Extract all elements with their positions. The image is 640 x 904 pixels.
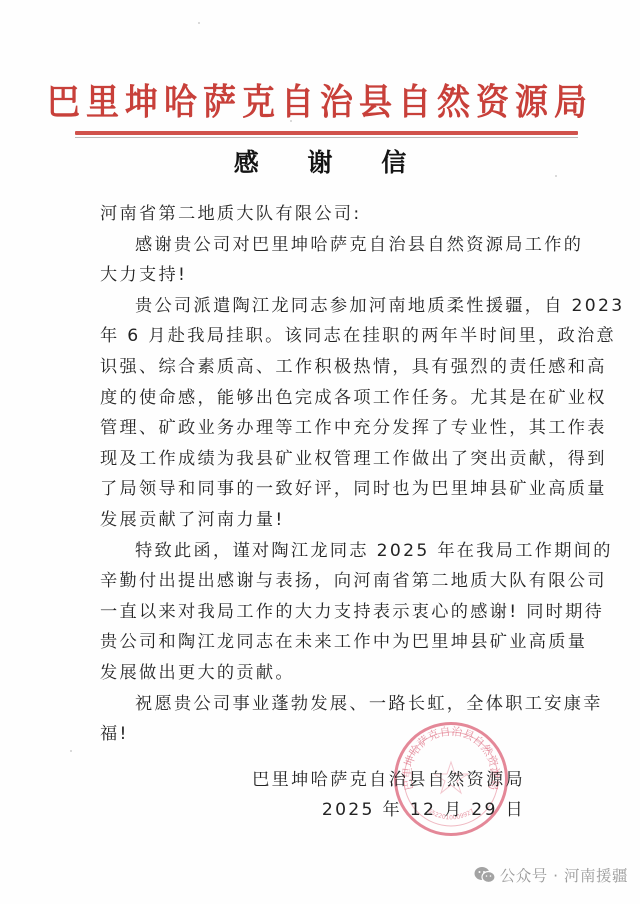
salutation: 河南省第二地质大队有限公司: <box>100 199 540 230</box>
letter-body: 河南省第二地质大队有限公司: 感谢贵公司对巴里坤哈萨克自治县自然资源局工作的 大… <box>100 199 540 750</box>
watermark-label: 公众号 · 河南援疆 <box>500 864 628 886</box>
body-line: 年 6 月赴我局挂职。该同志在挂职的两年半时间里，政治意 <box>100 321 540 352</box>
body-line: 祝愿贵公司事业蓬勃发展、一路长虹，全体职工安康幸 <box>100 689 540 720</box>
watermark: 公众号 · 河南援疆 <box>474 864 628 886</box>
body-line: 发展贡献了河南力量! <box>100 505 540 536</box>
body-line: 贵公司和陶江龙同志在未来工作中为巴里坤县矿业高质量 <box>100 627 540 658</box>
letterhead-red-rule <box>75 131 578 135</box>
body-line: 大力支持! <box>100 260 540 291</box>
document-title: 感 谢 信 <box>0 145 640 181</box>
body-line: 一直以来对我局工作的大力支持表示衷心的感谢! 同时期待 <box>100 597 540 628</box>
body-line: 识强、综合素质高、工作积极热情，具有强烈的责任感和高 <box>100 352 540 383</box>
body-line: 贵公司派遣陶江龙同志参加河南地质柔性援疆，自 2023 <box>100 291 540 322</box>
body-line: 发展做出更大的贡献。 <box>100 658 540 689</box>
body-line: 辛勤付出提出感谢与表扬，向河南省第二地质大队有限公司 <box>100 566 540 597</box>
body-line: 现及工作成绩为我县矿业权管理工作做出了突出贡献，得到 <box>100 444 540 475</box>
signature-block: 巴里坤哈萨克自治县自然资源局 2025 年 12 月 29 日 <box>252 765 525 825</box>
body-line: 了局领导和同事的一致好评，同时也为巴里坤县矿业高质量 <box>100 474 540 505</box>
body-line: 特致此函，谨对陶江龙同志 2025 年在我局工作期间的 <box>100 536 540 567</box>
body-line: 感谢贵公司对巴里坤哈萨克自治县自然资源局工作的 <box>100 230 540 261</box>
signature-org: 巴里坤哈萨克自治县自然资源局 <box>252 765 525 795</box>
letter-page: 巴里坤哈萨克自治县自然资源局 感 谢 信 河南省第二地质大队有限公司: 感谢贵公… <box>0 0 640 904</box>
letterhead-gray-rule <box>75 137 578 138</box>
signature-date: 2025 年 12 月 29 日 <box>252 795 525 825</box>
body-line: 管理、矿政业务办理等工作中充分发挥了专业性，其工作表 <box>100 413 540 444</box>
wechat-icon <box>474 866 496 884</box>
scan-speck <box>70 750 72 752</box>
letterhead-title: 巴里坤哈萨克自治县自然资源局 <box>0 76 640 128</box>
body-line: 度的使命感，能够出色完成各项工作任务。尤其是在矿业权 <box>100 383 540 414</box>
scan-speck <box>198 22 200 24</box>
